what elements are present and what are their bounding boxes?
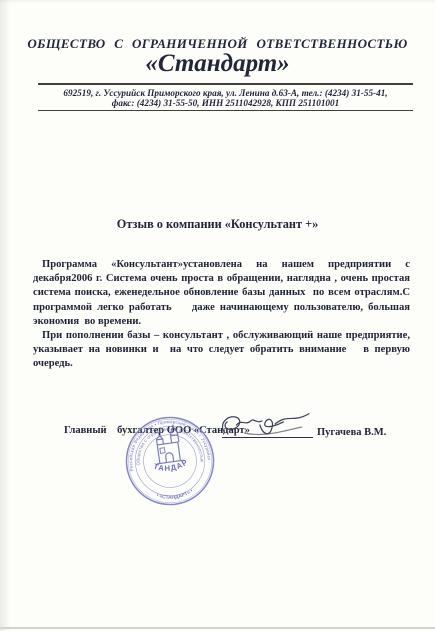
letterhead-divider-top — [38, 83, 413, 85]
document-title: Отзыв о компании «Консультант +» — [0, 217, 435, 232]
scan-edge-bottom — [0, 627, 435, 629]
handwritten-signature — [214, 409, 316, 445]
svg-text:• «СТАНДАРТ» •: • «СТАНДАРТ» • — [155, 488, 195, 503]
letterhead-divider-bottom — [38, 110, 413, 111]
signatory-name: Пугачева В.М. — [317, 427, 386, 438]
scan-edge-left — [0, 0, 10, 631]
company-address-line2: факс: (4234) 31-55-50, ИНН 2511042928, К… — [38, 98, 413, 109]
scanned-letter-page: ОБЩЕСТВО С ОГРАНИЧЕННОЙ ОТВЕТСТВЕННОСТЬЮ… — [0, 0, 435, 631]
company-name: «Стандарт» — [0, 50, 435, 78]
stamp-bottom-text: • «СТАНДАРТ» • — [155, 488, 195, 503]
body-paragraph-1: Программа «Консультант»установлена на на… — [33, 258, 410, 329]
company-stamp: Российская Федерация • Приморский край •… — [106, 397, 235, 526]
body-paragraph-2: При пополнении базы – консультант , обсл… — [33, 329, 410, 372]
scan-edge-top — [0, 0, 435, 3]
document-body: Программа «Консультант»установлена на на… — [33, 258, 410, 372]
